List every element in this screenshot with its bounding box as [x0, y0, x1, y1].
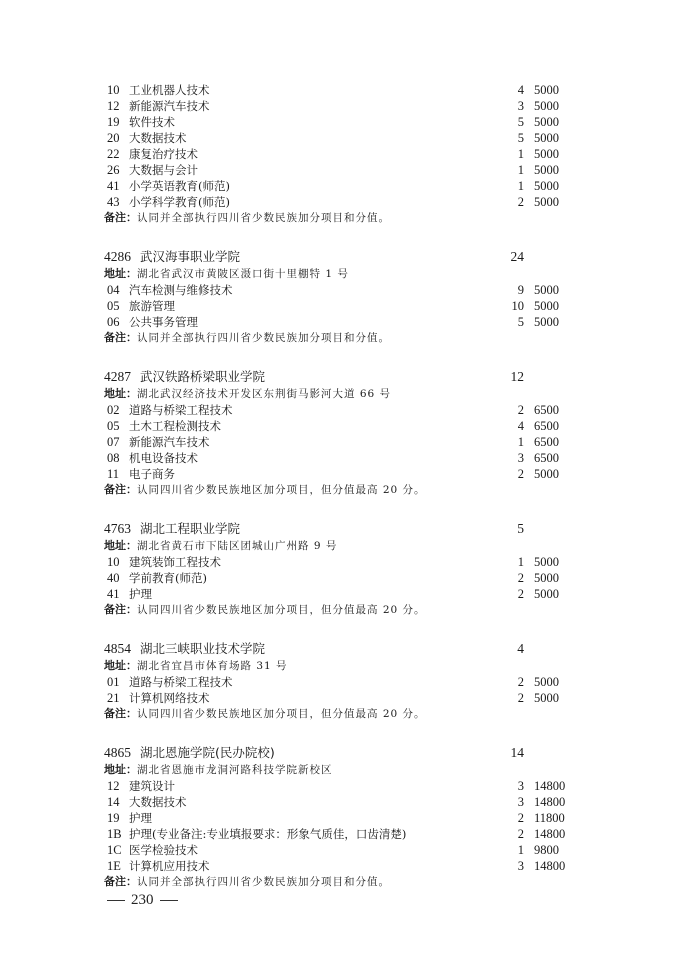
major-row: 10工业机器人技术45000 — [104, 82, 574, 98]
address-label: 地址： — [104, 387, 137, 400]
major-count: 1 — [494, 146, 524, 162]
college-name: 武汉海事职业学院 — [140, 248, 240, 266]
major-count: 5 — [494, 114, 524, 130]
major-fee: 14800 — [534, 858, 565, 874]
major-code: 20 — [107, 130, 120, 146]
major-code: 26 — [107, 162, 120, 178]
address-label: 地址： — [104, 539, 137, 552]
major-fee: 6500 — [534, 434, 559, 450]
major-code: 43 — [107, 194, 120, 210]
major-row: 1E计算机应用技术314800 — [104, 858, 574, 874]
major-name: 公共事务管理 — [129, 314, 198, 330]
major-name: 康复治疗技术 — [129, 146, 198, 162]
major-code: 06 — [107, 314, 120, 330]
major-count: 1 — [494, 842, 524, 858]
major-count: 2 — [494, 466, 524, 482]
college-address: 地址：湖北武汉经济技术开发区东荆街马影河大道 66 号 — [104, 386, 574, 402]
address-text: 湖北省宜昌市体育场路 31 号 — [137, 660, 288, 672]
college-name: 湖北工程职业学院 — [140, 520, 240, 538]
college-total: 12 — [484, 368, 524, 386]
major-row: 1B护理(专业备注:专业填报要求：形象气质佳，口齿清楚)214800 — [104, 826, 574, 842]
major-code: 19 — [107, 114, 120, 130]
continued-college-block: 10工业机器人技术45000 12新能源汽车技术35000 19软件技术5500… — [104, 82, 574, 226]
major-code: 04 — [107, 282, 120, 298]
college-note: 备注：认同并全部执行四川省少数民族加分项目和分值。 — [104, 874, 574, 890]
major-code: 14 — [107, 794, 120, 810]
document-page: 10工业机器人技术45000 12新能源汽车技术35000 19软件技术5500… — [104, 82, 574, 890]
major-name: 计算机应用技术 — [129, 858, 210, 874]
major-code: 07 — [107, 434, 120, 450]
college-note: 备注：认同四川省少数民族地区加分项目，但分值最高 20 分。 — [104, 482, 574, 498]
major-fee: 5000 — [534, 130, 559, 146]
major-code: 1E — [107, 858, 121, 874]
college-name: 武汉铁路桥梁职业学院 — [140, 368, 265, 386]
major-fee: 5000 — [534, 466, 559, 482]
major-name: 小学英语教育(师范) — [129, 178, 230, 194]
college-address: 地址：湖北省恩施市龙洞河路科技学院新校区 — [104, 762, 574, 778]
major-code: 1C — [107, 842, 122, 858]
major-fee: 6500 — [534, 418, 559, 434]
major-fee: 5000 — [534, 586, 559, 602]
college-block: 4854湖北三峡职业技术学院4 地址：湖北省宜昌市体育场路 31 号 01道路与… — [104, 640, 574, 722]
college-total: 24 — [484, 248, 524, 266]
major-name: 电子商务 — [129, 466, 175, 482]
college-address: 地址：湖北省黄石市下陆区团城山广州路 9 号 — [104, 538, 574, 554]
major-count: 4 — [494, 82, 524, 98]
major-code: 19 — [107, 810, 120, 826]
note-text: 认同四川省少数民族地区加分项目，但分值最高 20 分。 — [137, 708, 426, 720]
college-block: 4286武汉海事职业学院24 地址：湖北省武汉市黄陂区滠口街十里棚特 1 号 0… — [104, 248, 574, 346]
major-row: 10建筑装饰工程技术15000 — [104, 554, 574, 570]
major-fee: 5000 — [534, 690, 559, 706]
major-code: 10 — [107, 554, 120, 570]
major-row: 05旅游管理105000 — [104, 298, 574, 314]
address-text: 湖北省恩施市龙洞河路科技学院新校区 — [137, 764, 333, 776]
major-name: 建筑设计 — [129, 778, 175, 794]
major-fee: 14800 — [534, 778, 565, 794]
major-fee: 5000 — [534, 674, 559, 690]
major-code: 41 — [107, 586, 120, 602]
major-code: 40 — [107, 570, 120, 586]
major-row: 11电子商务25000 — [104, 466, 574, 482]
major-count: 1 — [494, 178, 524, 194]
major-row: 08机电设备技术36500 — [104, 450, 574, 466]
college-block: 4865湖北恩施学院(民办院校)14 地址：湖北省恩施市龙洞河路科技学院新校区 … — [104, 744, 574, 890]
major-name: 医学检验技术 — [129, 842, 198, 858]
major-name: 汽车检测与维修技术 — [129, 282, 233, 298]
major-fee: 11800 — [534, 810, 565, 826]
major-fee: 6500 — [534, 402, 559, 418]
major-code: 10 — [107, 82, 120, 98]
note-label: 备注： — [104, 875, 137, 888]
note-label: 备注： — [104, 707, 137, 720]
note-label: 备注： — [104, 211, 137, 224]
major-row: 14大数据技术314800 — [104, 794, 574, 810]
major-fee: 5000 — [534, 114, 559, 130]
college-header: 4286武汉海事职业学院24 — [104, 248, 574, 266]
major-row: 26大数据与会计15000 — [104, 162, 574, 178]
college-id: 4854 — [104, 640, 131, 658]
page-footer: 230 — [101, 892, 184, 909]
college-id: 4865 — [104, 744, 131, 762]
major-name: 软件技术 — [129, 114, 175, 130]
major-code: 05 — [107, 418, 120, 434]
major-count: 3 — [494, 98, 524, 114]
college-header: 4854湖北三峡职业技术学院4 — [104, 640, 574, 658]
major-count: 3 — [494, 858, 524, 874]
major-fee: 5000 — [534, 98, 559, 114]
college-name: 湖北三峡职业技术学院 — [140, 640, 265, 658]
major-count: 10 — [494, 298, 524, 314]
college-id: 4286 — [104, 248, 131, 266]
major-name: 工业机器人技术 — [129, 82, 210, 98]
major-name: 新能源汽车技术 — [129, 98, 210, 114]
major-fee: 5000 — [534, 146, 559, 162]
note-text: 认同并全部执行四川省少数民族加分项目和分值。 — [137, 332, 390, 344]
address-label: 地址： — [104, 267, 137, 280]
major-name: 大数据技术 — [129, 130, 187, 146]
major-row: 05土木工程检测技术46500 — [104, 418, 574, 434]
major-code: 22 — [107, 146, 120, 162]
major-row: 1C医学检验技术19800 — [104, 842, 574, 858]
major-row: 21计算机网络技术25000 — [104, 690, 574, 706]
major-code: 12 — [107, 98, 120, 114]
major-name: 旅游管理 — [129, 298, 175, 314]
college-note: 备注：认同四川省少数民族地区加分项目，但分值最高 20 分。 — [104, 602, 574, 618]
major-count: 2 — [494, 674, 524, 690]
major-name: 大数据技术 — [129, 794, 187, 810]
major-name: 小学科学教育(师范) — [129, 194, 230, 210]
major-count: 2 — [494, 826, 524, 842]
page-number: 230 — [131, 892, 154, 908]
major-row: 41护理25000 — [104, 586, 574, 602]
major-code: 12 — [107, 778, 120, 794]
major-fee: 14800 — [534, 794, 565, 810]
address-label: 地址： — [104, 763, 137, 776]
major-count: 3 — [494, 778, 524, 794]
college-block: 4763湖北工程职业学院5 地址：湖北省黄石市下陆区团城山广州路 9 号 10建… — [104, 520, 574, 618]
major-name: 建筑装饰工程技术 — [129, 554, 221, 570]
college-total: 5 — [484, 520, 524, 538]
note-text: 认同并全部执行四川省少数民族加分项目和分值。 — [137, 212, 390, 224]
major-fee: 5000 — [534, 194, 559, 210]
note-label: 备注： — [104, 483, 137, 496]
major-count: 2 — [494, 586, 524, 602]
address-text: 湖北武汉经济技术开发区东荆街马影河大道 66 号 — [137, 388, 391, 400]
major-count: 3 — [494, 450, 524, 466]
major-name: 新能源汽车技术 — [129, 434, 210, 450]
major-fee: 14800 — [534, 826, 565, 842]
major-fee: 5000 — [534, 314, 559, 330]
major-row: 22康复治疗技术15000 — [104, 146, 574, 162]
major-name: 计算机网络技术 — [129, 690, 210, 706]
major-row: 06公共事务管理55000 — [104, 314, 574, 330]
major-row: 19软件技术55000 — [104, 114, 574, 130]
major-row: 19护理211800 — [104, 810, 574, 826]
major-name: 机电设备技术 — [129, 450, 198, 466]
college-total: 4 — [484, 640, 524, 658]
college-address: 地址：湖北省宜昌市体育场路 31 号 — [104, 658, 574, 674]
major-name: 土木工程检测技术 — [129, 418, 221, 434]
major-fee: 5000 — [534, 554, 559, 570]
college-note: 备注：认同并全部执行四川省少数民族加分项目和分值。 — [104, 330, 574, 346]
address-text: 湖北省黄石市下陆区团城山广州路 9 号 — [137, 540, 337, 552]
major-code: 1B — [107, 826, 122, 842]
college-id: 4763 — [104, 520, 131, 538]
major-code: 01 — [107, 674, 120, 690]
major-code: 02 — [107, 402, 120, 418]
major-name: 大数据与会计 — [129, 162, 198, 178]
college-note: 备注：认同并全部执行四川省少数民族加分项目和分值。 — [104, 210, 574, 226]
college-header: 4763湖北工程职业学院5 — [104, 520, 574, 538]
major-row: 04汽车检测与维修技术95000 — [104, 282, 574, 298]
major-name: 学前教育(师范) — [129, 570, 207, 586]
note-label: 备注： — [104, 603, 137, 616]
major-count: 5 — [494, 130, 524, 146]
major-count: 1 — [494, 554, 524, 570]
major-name: 护理 — [129, 586, 152, 602]
major-fee: 5000 — [534, 298, 559, 314]
major-name: 道路与桥梁工程技术 — [129, 674, 233, 690]
major-fee: 5000 — [534, 282, 559, 298]
major-code: 41 — [107, 178, 120, 194]
note-text: 认同四川省少数民族地区加分项目，但分值最高 20 分。 — [137, 604, 426, 616]
college-id: 4287 — [104, 368, 131, 386]
major-fee: 9800 — [534, 842, 559, 858]
major-count: 2 — [494, 402, 524, 418]
college-total: 14 — [484, 744, 524, 762]
major-count: 1 — [494, 162, 524, 178]
major-row: 20大数据技术55000 — [104, 130, 574, 146]
major-row: 07新能源汽车技术16500 — [104, 434, 574, 450]
major-name: 护理 — [129, 810, 152, 826]
note-text: 认同并全部执行四川省少数民族加分项目和分值。 — [137, 876, 390, 888]
college-address: 地址：湖北省武汉市黄陂区滠口街十里棚特 1 号 — [104, 266, 574, 282]
footer-dash-left — [107, 900, 125, 901]
major-count: 2 — [494, 690, 524, 706]
major-name: 道路与桥梁工程技术 — [129, 402, 233, 418]
major-count: 5 — [494, 314, 524, 330]
major-count: 4 — [494, 418, 524, 434]
college-header: 4865湖北恩施学院(民办院校)14 — [104, 744, 574, 762]
major-code: 08 — [107, 450, 120, 466]
major-code: 11 — [107, 466, 119, 482]
major-count: 1 — [494, 434, 524, 450]
footer-dash-right — [160, 900, 178, 901]
major-row: 01道路与桥梁工程技术25000 — [104, 674, 574, 690]
major-row: 41小学英语教育(师范)15000 — [104, 178, 574, 194]
address-label: 地址： — [104, 659, 137, 672]
major-code: 05 — [107, 298, 120, 314]
college-block: 4287武汉铁路桥梁职业学院12 地址：湖北武汉经济技术开发区东荆街马影河大道 … — [104, 368, 574, 498]
major-count: 3 — [494, 794, 524, 810]
major-count: 2 — [494, 194, 524, 210]
address-text: 湖北省武汉市黄陂区滠口街十里棚特 1 号 — [137, 268, 349, 280]
note-label: 备注： — [104, 331, 137, 344]
major-name: 护理(专业备注:专业填报要求：形象气质佳，口齿清楚) — [129, 826, 406, 842]
college-name: 湖北恩施学院(民办院校) — [140, 744, 275, 762]
note-text: 认同四川省少数民族地区加分项目，但分值最高 20 分。 — [137, 484, 426, 496]
major-fee: 5000 — [534, 82, 559, 98]
major-fee: 5000 — [534, 570, 559, 586]
major-fee: 5000 — [534, 162, 559, 178]
major-count: 2 — [494, 810, 524, 826]
major-code: 21 — [107, 690, 120, 706]
major-fee: 6500 — [534, 450, 559, 466]
major-row: 40学前教育(师范)25000 — [104, 570, 574, 586]
major-fee: 5000 — [534, 178, 559, 194]
college-header: 4287武汉铁路桥梁职业学院12 — [104, 368, 574, 386]
major-row: 12建筑设计314800 — [104, 778, 574, 794]
major-count: 2 — [494, 570, 524, 586]
college-note: 备注：认同四川省少数民族地区加分项目，但分值最高 20 分。 — [104, 706, 574, 722]
major-row: 12新能源汽车技术35000 — [104, 98, 574, 114]
major-row: 02道路与桥梁工程技术26500 — [104, 402, 574, 418]
major-count: 9 — [494, 282, 524, 298]
major-row: 43小学科学教育(师范)25000 — [104, 194, 574, 210]
